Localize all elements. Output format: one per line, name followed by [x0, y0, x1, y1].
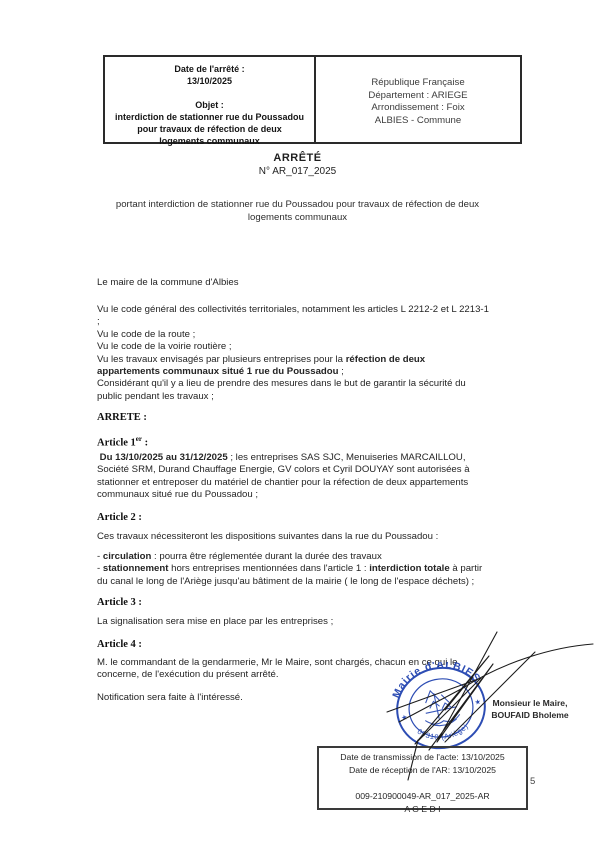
vu-considerant-block: Vu le code général des collectivités ter… [97, 304, 489, 403]
article2-intro: Ces travaux nécessiteront les dispositio… [97, 531, 438, 543]
notification-paragraph: Notification sera faite à l'intéressé. [97, 692, 243, 704]
header-right-cell: République FrançaiseDépartement : ARIEGE… [316, 57, 520, 142]
article3-heading: Article 3 : [97, 597, 142, 608]
document-page: Date de l'arrêté :13/10/2025 Objet :inte… [0, 0, 595, 841]
article2-items: - circulation : pourra être réglementée … [97, 551, 482, 588]
article1-heading: Article 1er : [97, 435, 148, 449]
mayor-signature-icon [385, 592, 595, 792]
article1-heading-text: Article 1 [97, 438, 136, 449]
article1-body: Du 13/10/2025 au 31/12/2025 ; les entrep… [97, 452, 470, 502]
article2-heading: Article 2 : [97, 512, 142, 523]
header-left-cell: Date de l'arrêté :13/10/2025 Objet :inte… [105, 57, 316, 142]
document-subtitle: portant interdiction de stationner rue d… [0, 198, 595, 224]
document-title: ARRÊTÉ [0, 152, 595, 164]
arrete-heading: ARRETE : [97, 412, 147, 423]
header-box: Date de l'arrêté :13/10/2025 Objet :inte… [103, 55, 522, 144]
article1-heading-colon: : [142, 438, 148, 449]
document-number: N° AR_017_2025 [0, 166, 595, 177]
article3-body: La signalisation sera mise en place par … [97, 616, 333, 628]
article4-heading: Article 4 : [97, 639, 142, 650]
intro-paragraph: Le maire de la commune d'Albies [97, 277, 239, 289]
